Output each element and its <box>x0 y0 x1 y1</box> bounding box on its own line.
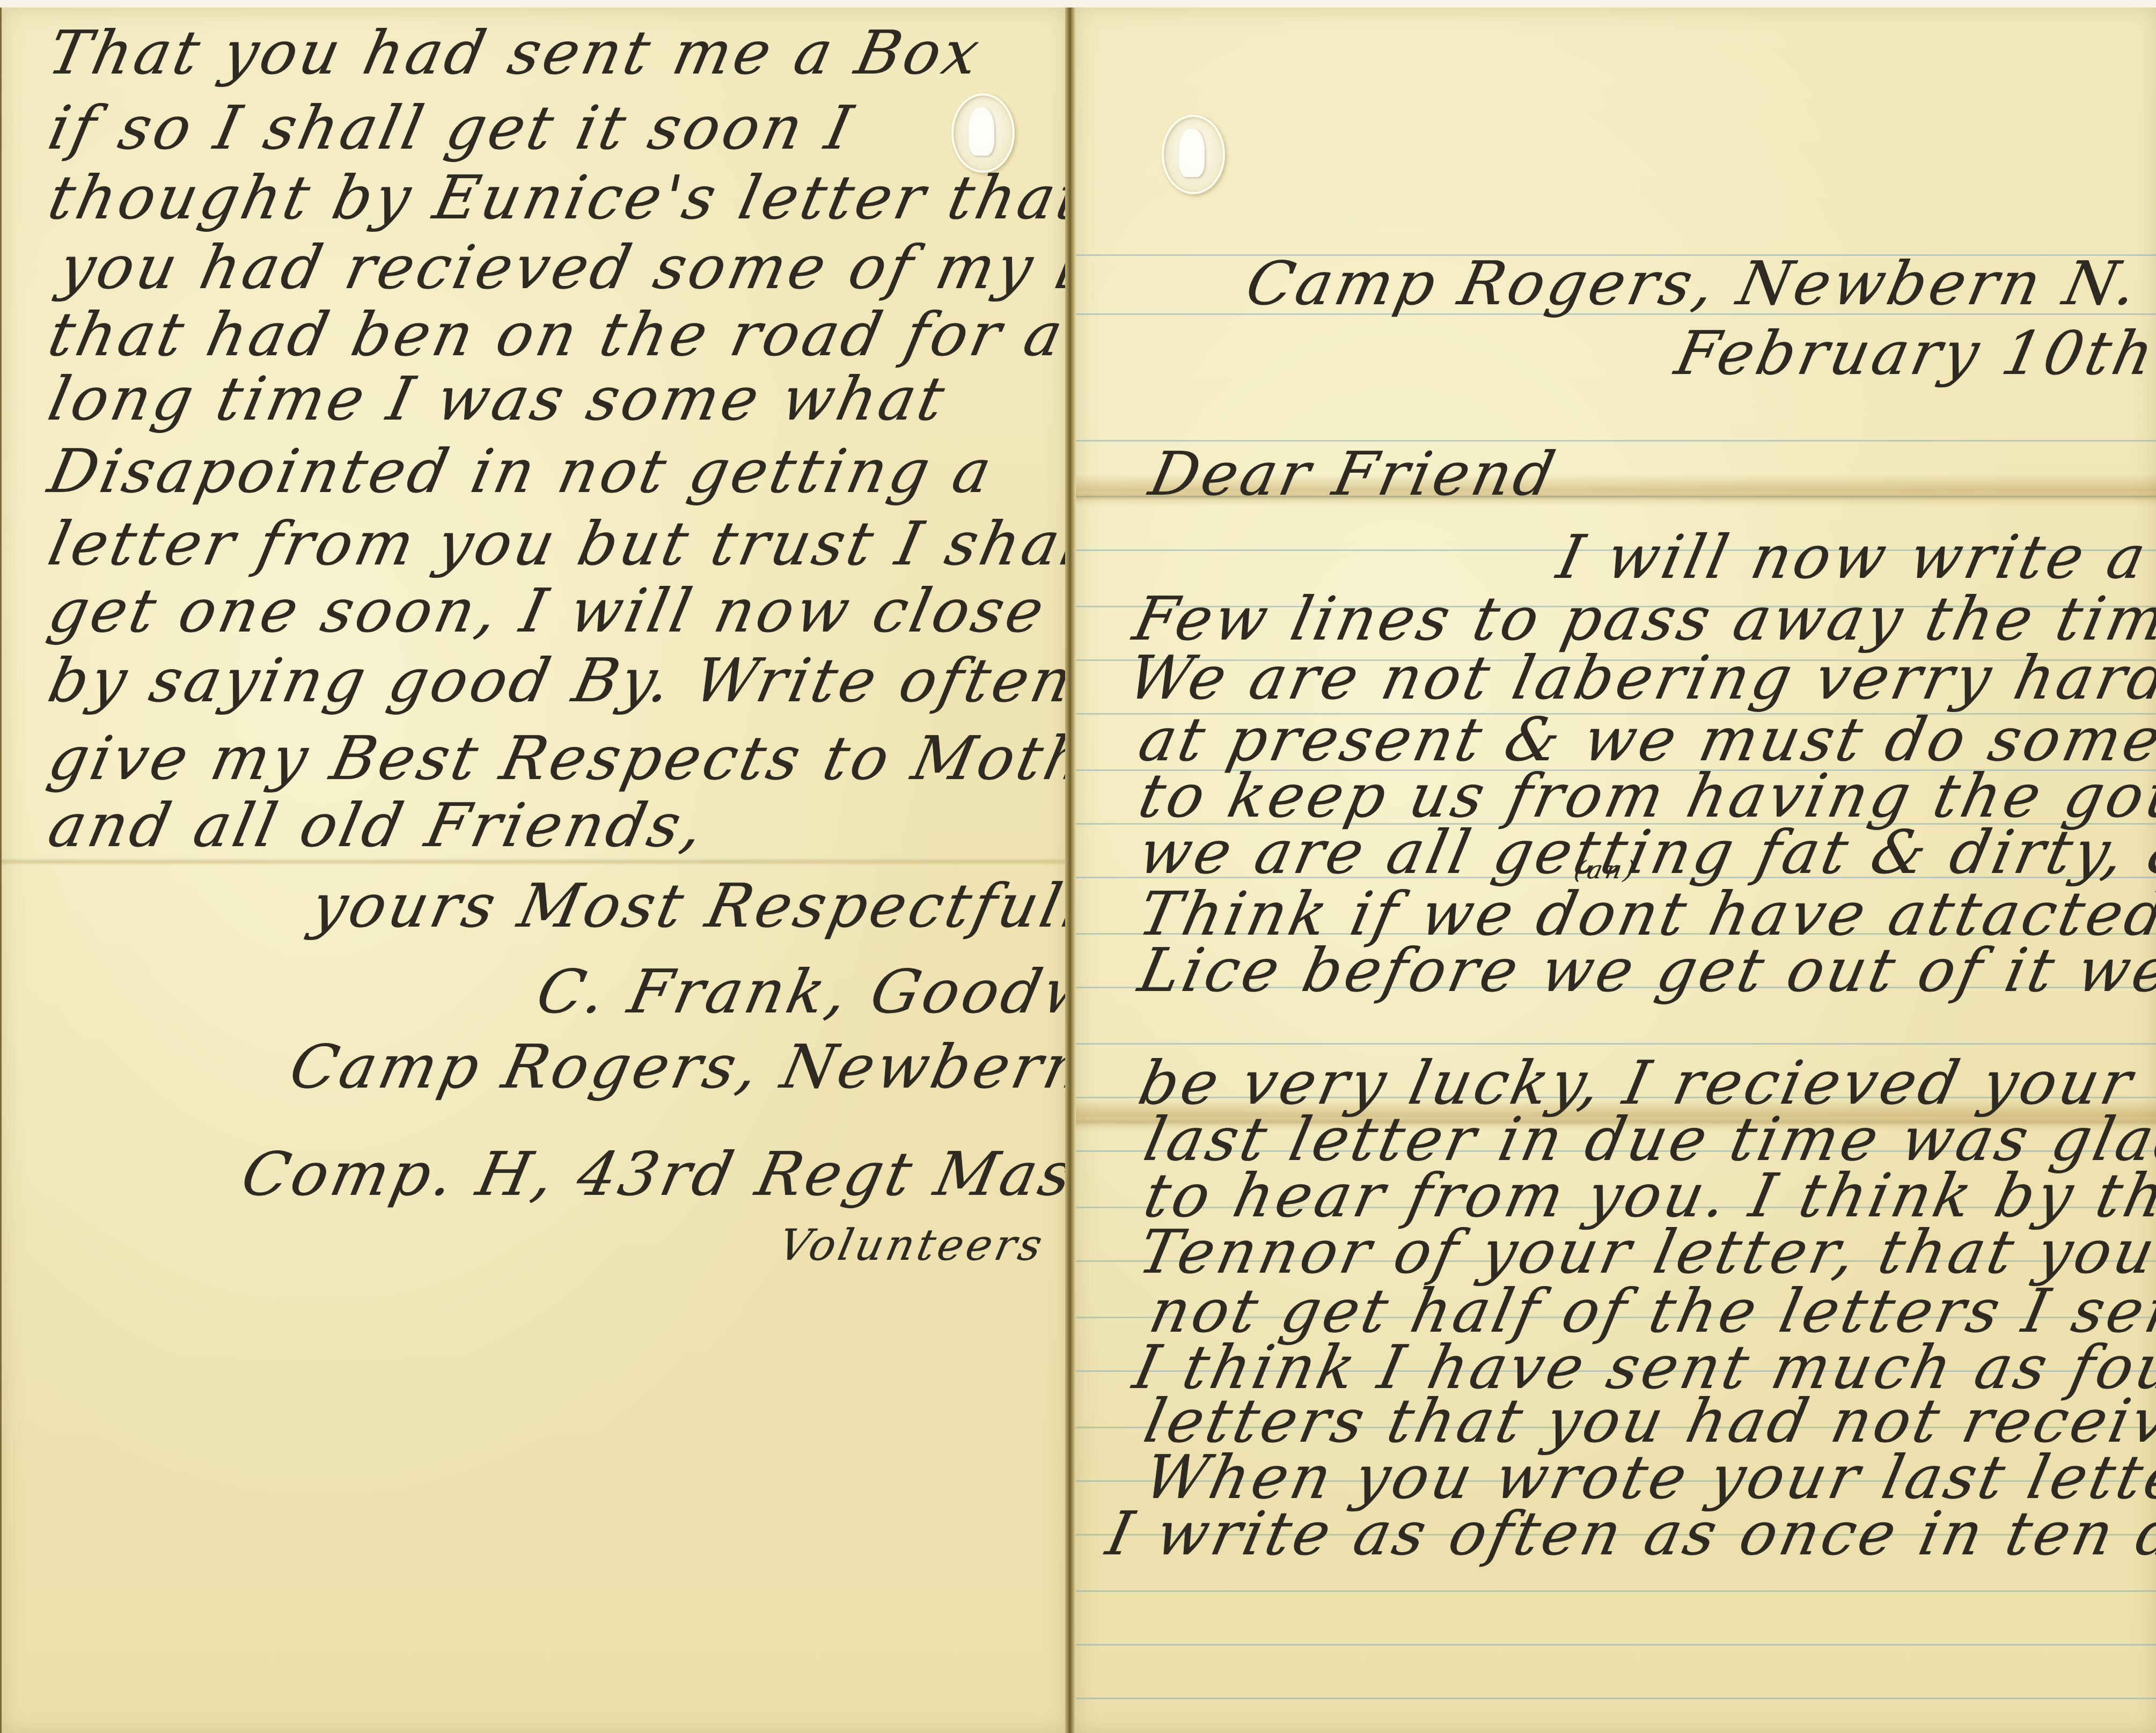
letter-line: We are not labering verry hard <box>1122 643 2156 713</box>
letter-line: give my Best Respects to Mother <box>42 724 1165 794</box>
letter-line: and all old Friends, <box>42 791 713 861</box>
letter-line: get one soon, I will now close <box>42 576 1053 646</box>
heading-date: February 10th 1863 <box>1669 319 2156 388</box>
unit-line-continued: Volunteers <box>774 1220 1050 1270</box>
letter-line: if so I shall get it soon I <box>42 93 861 163</box>
embossed-seal-icon <box>1162 115 1225 194</box>
letter-line: we are all getting fat & dirty, & I <box>1133 818 2156 887</box>
closing: yours Most Respectfully <box>305 871 1131 941</box>
ruled-line <box>1076 1644 2156 1646</box>
ruled-line <box>1076 1590 2156 1592</box>
letter-line: letter from you but trust I shall <box>42 509 1114 579</box>
letter-line: thought by Eunice's letter that <box>42 163 1092 233</box>
ruled-line <box>1076 1698 2156 1699</box>
letter-line: I write as often as once in ten days. <box>1101 1499 2156 1569</box>
letter-line: That you had sent me a Box <box>42 18 988 88</box>
salutation: Dear Friend <box>1143 439 1564 509</box>
letter-line: that had ben on the road for a <box>42 300 1072 370</box>
right-page: Camp Rogers, Newbern N. C. February 10th… <box>1076 8 2156 1733</box>
letter-line: Disapointed in not getting a <box>42 437 1000 506</box>
center-fold <box>1065 8 1076 1733</box>
heading-place: Camp Rogers, Newbern N. C. <box>1240 249 2156 319</box>
left-page: That you had sent me a Box if so I shall… <box>0 8 1067 1733</box>
letter-line: by saying good By. Write often <box>42 646 1081 716</box>
letter-line: long time I was some what <box>42 364 954 434</box>
embossed-seal-icon <box>951 93 1015 173</box>
letter-scan: That you had sent me a Box if so I shall… <box>0 8 2156 1733</box>
ruled-line <box>1076 1043 2156 1045</box>
letter-line: Lice before we get out of it we shall <box>1133 936 2156 1005</box>
letter-line: I will now write a <box>1551 523 2154 592</box>
unit-line: Comp. H, 43rd Regt Mass <box>236 1140 1115 1209</box>
